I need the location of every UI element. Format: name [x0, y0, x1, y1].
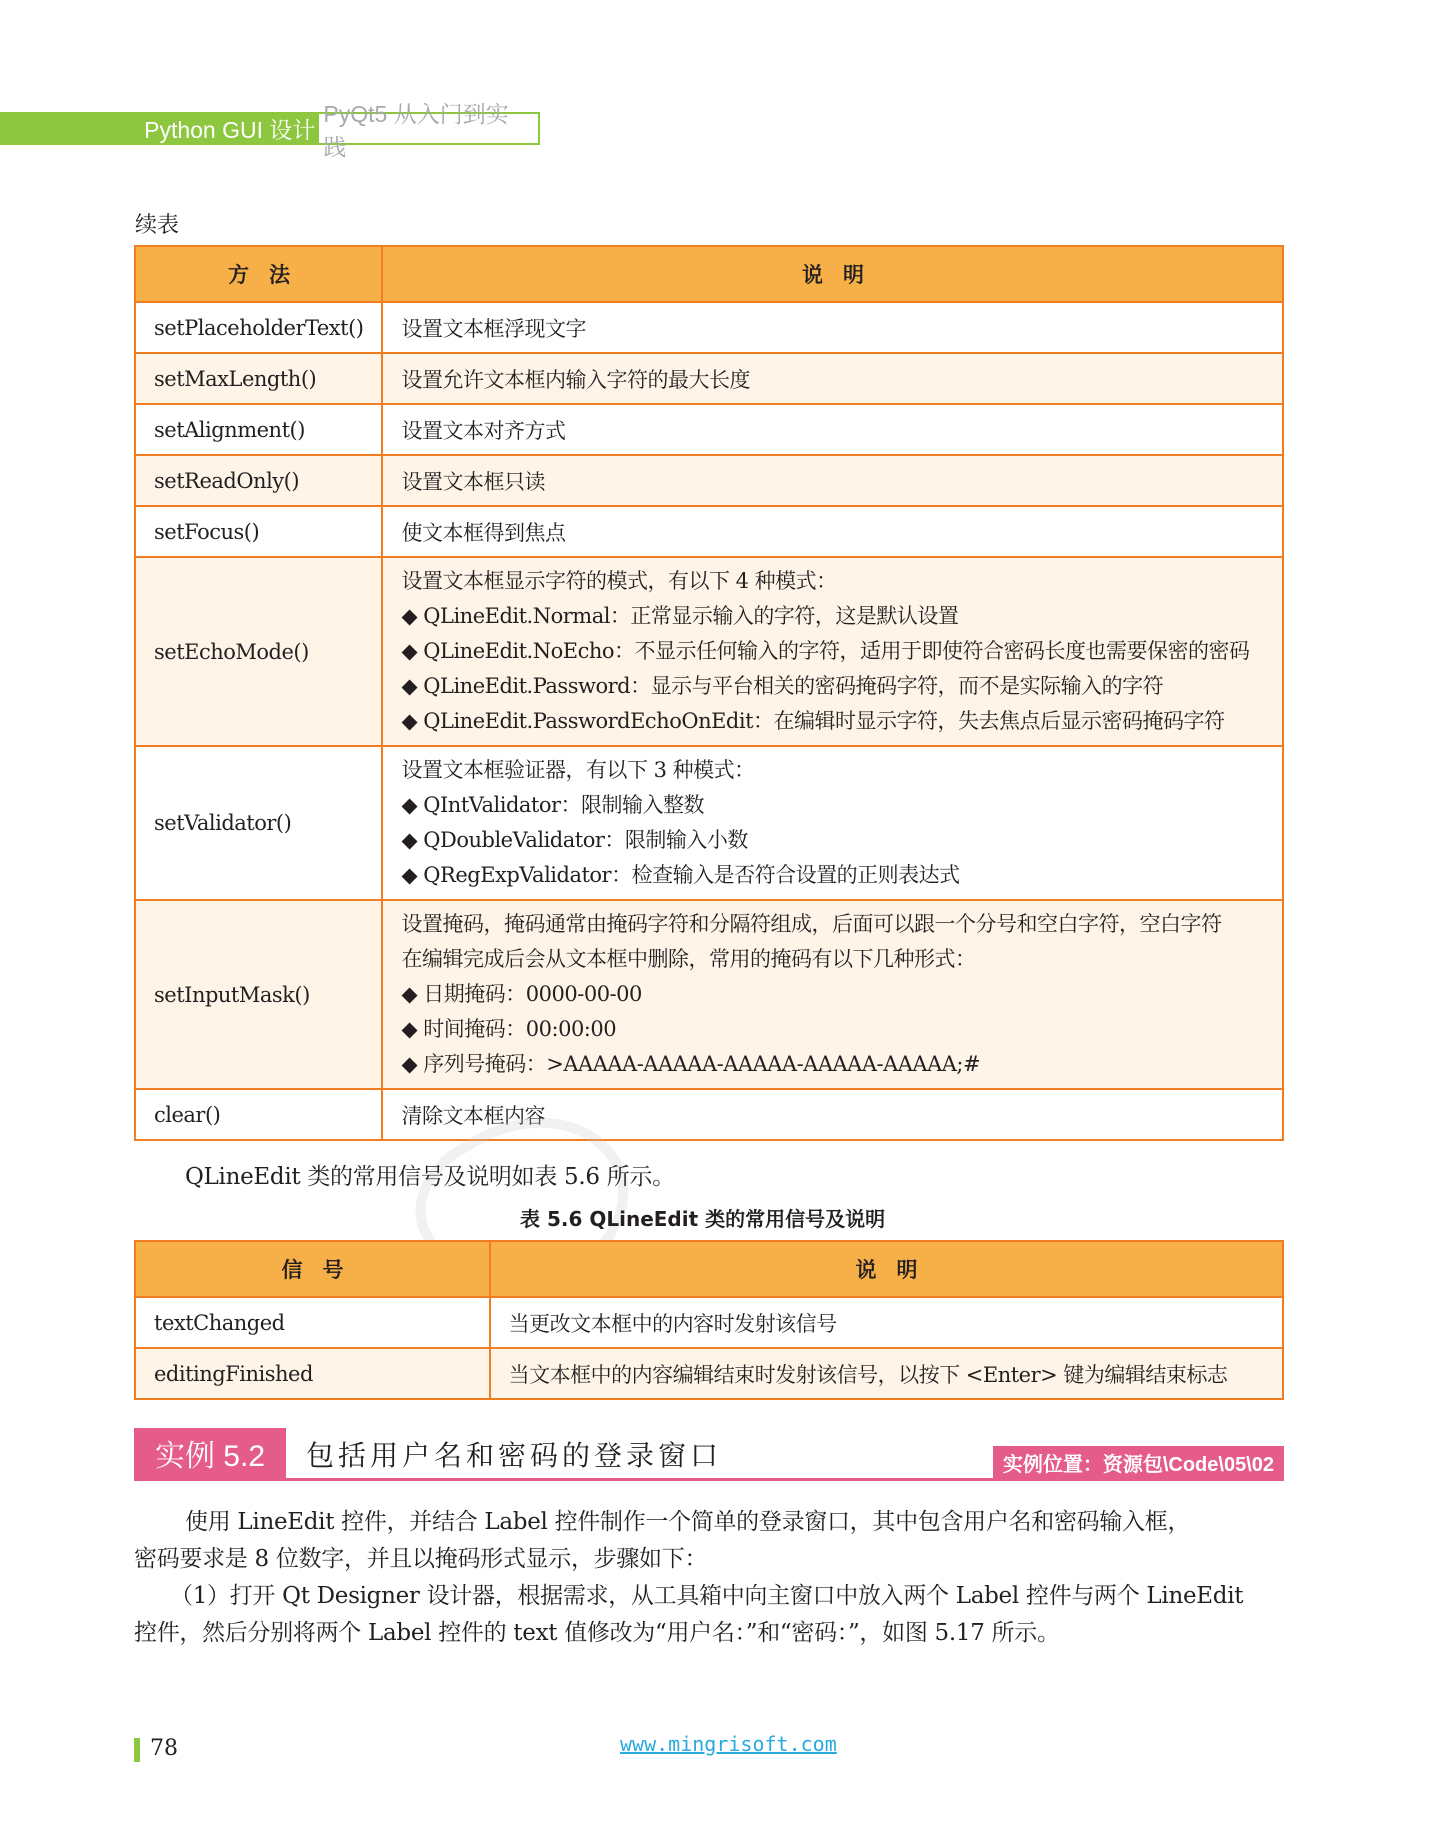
description-bullet: ◆ QLineEdit.NoEcho：不显示任何输入的字符，适用于即使符合密码长… [401, 634, 1264, 669]
description-bullet: ◆ QLineEdit.Password：显示与平台相关的密码掩码字符，而不是实… [401, 669, 1264, 704]
method-name: setReadOnly() [135, 455, 382, 506]
description-bullet: ◆ QDoubleValidator：限制输入小数 [401, 823, 1264, 858]
description-bullet: ◆ QIntValidator：限制输入整数 [401, 788, 1264, 823]
column-header-method: 方 法 [135, 246, 382, 302]
table-row: setReadOnly() 设置文本框只读 [135, 455, 1283, 506]
description-line: 在编辑完成后会从文本框中删除，常用的掩码有以下几种形式： [401, 942, 1264, 977]
method-description: 设置文本框验证器，有以下 3 种模式： ◆ QIntValidator：限制输入… [382, 746, 1283, 900]
description-bullet: ◆ 时间掩码：00:00:00 [401, 1012, 1264, 1047]
table-row: setAlignment() 设置文本对齐方式 [135, 404, 1283, 455]
table-row: clear() 清除文本框内容 [135, 1089, 1283, 1140]
signals-table-caption: 表 5.6 QLineEdit 类的常用信号及说明 [520, 1203, 885, 1232]
column-header-description: 说 明 [382, 246, 1283, 302]
method-name: setAlignment() [135, 404, 382, 455]
method-name: setFocus() [135, 506, 382, 557]
example-heading: 实例 5.2 包括用户名和密码的登录窗口 实例位置：资源包\Code\05\02 [134, 1428, 1284, 1481]
method-name: setPlaceholderText() [135, 302, 382, 353]
book-title: Python GUI 设计 [0, 112, 319, 145]
table-row: setPlaceholderText() 设置文本框浮现文字 [135, 302, 1283, 353]
method-description: 使文本框得到焦点 [382, 506, 1283, 557]
example-location: 实例位置：资源包\Code\05\02 [993, 1446, 1284, 1479]
method-description: 设置掩码，掩码通常由掩码字符和分隔符组成，后面可以跟一个分号和空白字符，空白字符… [382, 900, 1283, 1089]
table-row: setValidator() 设置文本框验证器，有以下 3 种模式： ◆ QIn… [135, 746, 1283, 900]
description-line: 设置文本框显示字符的模式，有以下 4 种模式： [401, 564, 1264, 599]
column-header-description: 说 明 [490, 1241, 1283, 1297]
description-bullet: ◆ 日期掩码：0000-00-00 [401, 977, 1264, 1012]
description-line: 设置掩码，掩码通常由掩码字符和分隔符组成，后面可以跟一个分号和空白字符，空白字符 [401, 907, 1264, 942]
method-name: setInputMask() [135, 900, 382, 1089]
body-paragraph-line: （1）打开 Qt Designer 设计器，根据需求，从工具箱中向主窗口中放入两… [170, 1577, 1243, 1610]
example-title: 包括用户名和密码的登录窗口 [306, 1434, 722, 1474]
table-row: setMaxLength() 设置允许文本框内输入字符的最大长度 [135, 353, 1283, 404]
description-bullet: ◆ QLineEdit.Normal：正常显示输入的字符，这是默认设置 [401, 599, 1264, 634]
signal-name: textChanged [135, 1297, 490, 1348]
signal-name: editingFinished [135, 1348, 490, 1399]
page-number: 78 [150, 1736, 178, 1761]
method-description: 清除文本框内容 [382, 1089, 1283, 1140]
table-row: setEchoMode() 设置文本框显示字符的模式，有以下 4 种模式： ◆ … [135, 557, 1283, 746]
method-name: setEchoMode() [135, 557, 382, 746]
body-paragraph-line: 密码要求是 8 位数字，并且以掩码形式显示，步骤如下： [134, 1540, 707, 1573]
signal-description: 当文本框中的内容编辑结束时发射该信号，以按下 <Enter> 键为编辑结束标志 [490, 1348, 1283, 1399]
description-bullet: ◆ QRegExpValidator：检查输入是否符合设置的正则表达式 [401, 858, 1264, 893]
description-bullet: ◆ QLineEdit.PasswordEchoOnEdit：在编辑时显示字符，… [401, 704, 1264, 739]
page-number-marker [134, 1738, 140, 1762]
table-row: editingFinished 当文本框中的内容编辑结束时发射该信号，以按下 <… [135, 1348, 1283, 1399]
column-header-signal: 信 号 [135, 1241, 490, 1297]
method-description: 设置文本框只读 [382, 455, 1283, 506]
method-description: 设置文本框浮现文字 [382, 302, 1283, 353]
signals-table-header: 信 号 说 明 [135, 1241, 1283, 1297]
signals-table: 信 号 说 明 textChanged 当更改文本框中的内容时发射该信号 edi… [134, 1240, 1284, 1400]
signal-description: 当更改文本框中的内容时发射该信号 [490, 1297, 1283, 1348]
book-subtitle: PyQt5 从入门到实践 [319, 112, 540, 145]
signals-intro-text: QLineEdit 类的常用信号及说明如表 5.6 所示。 [185, 1158, 675, 1191]
method-description: 设置允许文本框内输入字符的最大长度 [382, 353, 1283, 404]
method-name: clear() [135, 1089, 382, 1140]
description-bullet: ◆ 序列号掩码：>AAAAA-AAAAA-AAAAA-AAAAA-AAAAA;# [401, 1047, 1264, 1082]
continued-table-label: 续表 [135, 208, 179, 239]
table-row: textChanged 当更改文本框中的内容时发射该信号 [135, 1297, 1283, 1348]
method-description: 设置文本框显示字符的模式，有以下 4 种模式： ◆ QLineEdit.Norm… [382, 557, 1283, 746]
method-description: 设置文本对齐方式 [382, 404, 1283, 455]
method-name: setValidator() [135, 746, 382, 900]
description-line: 设置文本框验证器，有以下 3 种模式： [401, 753, 1264, 788]
running-header: Python GUI 设计 PyQt5 从入门到实践 [0, 112, 540, 145]
example-badge: 实例 5.2 [134, 1428, 286, 1478]
table-row: setFocus() 使文本框得到焦点 [135, 506, 1283, 557]
method-name: setMaxLength() [135, 353, 382, 404]
body-paragraph-line: 使用 LineEdit 控件，并结合 Label 控件制作一个简单的登录窗口，其… [185, 1503, 1190, 1536]
table-row: setInputMask() 设置掩码，掩码通常由掩码字符和分隔符组成，后面可以… [135, 900, 1283, 1089]
methods-table-header: 方 法 说 明 [135, 246, 1283, 302]
methods-table: 方 法 说 明 setPlaceholderText() 设置文本框浮现文字 s… [134, 245, 1284, 1141]
website-link[interactable]: www.mingrisoft.com [620, 1732, 837, 1756]
body-paragraph-line: 控件，然后分别将两个 Label 控件的 text 值修改为“用户名：”和“密码… [134, 1614, 1060, 1647]
